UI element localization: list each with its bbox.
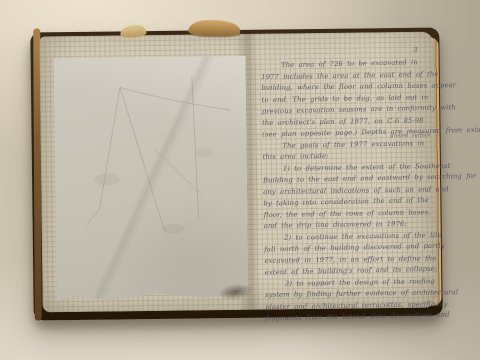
photograph: 3 The area of 7 <box>0 0 480 360</box>
pencil-sketch-icon <box>54 56 249 304</box>
inserted-annotation: ground surface <box>390 133 431 139</box>
open-notebook: 3 The area of 7 <box>28 19 446 324</box>
handwritten-journal-entry: The area of 726 to be excavated in 1977 … <box>261 57 446 322</box>
graph-paper-pages: 3 The area of 7 <box>39 32 436 313</box>
torn-paper-fragment <box>188 20 240 37</box>
page-number: 3 <box>413 46 417 54</box>
tracing-sheet <box>54 56 249 304</box>
